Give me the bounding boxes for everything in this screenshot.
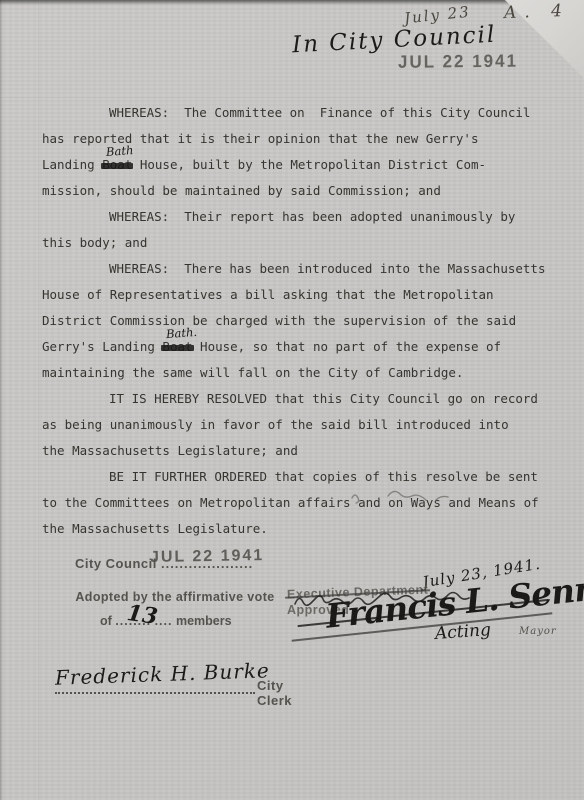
struck-word: BoatBath xyxy=(102,152,132,178)
body-line: WHEREAS: The Committee on Finance of thi… xyxy=(42,100,546,126)
body-text-segment: the Massachusetts Legislature. xyxy=(42,521,268,536)
body-line: mission, should be maintained by said Co… xyxy=(42,178,546,204)
city-council-label: City Council xyxy=(75,556,157,571)
council-date-stamp: JUL 22 1941 xyxy=(150,547,265,567)
vote-count-row: of ........ 13 .... members xyxy=(55,604,295,642)
body-text: WHEREAS: The Committee on Finance of thi… xyxy=(42,100,546,542)
body-text-segment: as being unanimously in favor of the sai… xyxy=(42,417,509,432)
body-text-segment: mission, should be maintained by said Co… xyxy=(42,183,441,198)
body-line: the Massachusetts Legislature; and xyxy=(42,438,546,464)
of-label: of xyxy=(100,614,112,628)
body-line: Landing BoatBath House, built by the Met… xyxy=(42,152,546,178)
body-text-segment: to the Committees on Metropolitan affair… xyxy=(42,495,539,510)
paper-left-edge-shadow xyxy=(0,0,3,800)
body-line: this body; and xyxy=(42,230,546,256)
vote-count-handwritten: 13 xyxy=(125,600,159,630)
body-line: to the Committees on Metropolitan affair… xyxy=(42,490,546,516)
council-stamp-row: City Council .................... JUL 22… xyxy=(55,548,295,582)
body-line: BE IT FURTHER ORDERED that copies of thi… xyxy=(42,464,546,490)
body-text-segment: WHEREAS: The Committee on Finance of thi… xyxy=(109,105,530,120)
pencil-scribble xyxy=(348,486,458,506)
body-line: as being unanimously in favor of the sai… xyxy=(42,412,546,438)
signature-dotted-line xyxy=(55,692,255,694)
body-text-segment: Landing xyxy=(42,157,102,172)
paper-top-edge-shadow xyxy=(0,0,584,5)
body-text-segment: this body; and xyxy=(42,235,147,250)
city-clerk-title: City Clerk xyxy=(257,678,295,708)
city-clerk-signature: Frederick H. Burke xyxy=(55,658,271,689)
scanned-document-page: July 23 A. 4 In City Council JUL 22 1941… xyxy=(0,0,584,800)
body-text-segment: Gerry's Landing xyxy=(42,339,162,354)
body-line: WHEREAS: Their report has been adopted u… xyxy=(42,204,546,230)
adopted-by-vote-label: Adopted by the affirmative vote xyxy=(55,582,295,604)
handwritten-correction: Bath xyxy=(105,137,134,165)
body-text-segment: maintaining the same will fall on the Ci… xyxy=(42,365,463,380)
body-text-segment: the Massachusetts Legislature; and xyxy=(42,443,298,458)
body-text-segment: IT IS HEREBY RESOLVED that this City Cou… xyxy=(109,391,538,406)
executive-approval-block: July 23, 1941. Executive Department Appr… xyxy=(287,566,567,676)
body-text-segment: BE IT FURTHER ORDERED that copies of thi… xyxy=(109,469,538,484)
body-line: House of Representatives a bill asking t… xyxy=(42,282,546,308)
body-line: WHEREAS: There has been introduced into … xyxy=(42,256,546,282)
acting-label-handwritten: Acting xyxy=(434,620,491,644)
mayor-title: Mayor xyxy=(519,626,557,637)
pencil-reference-annotation: A. 4 xyxy=(504,1,571,23)
body-line: District Commission be charged with the … xyxy=(42,308,546,334)
received-date-stamp: JUL 22 1941 xyxy=(398,51,518,73)
handwritten-correction: Bath. xyxy=(166,319,199,347)
body-line: Gerry's Landing BoatBath. House, so that… xyxy=(42,334,546,360)
body-line: maintaining the same will fall on the Ci… xyxy=(42,360,546,386)
body-text-segment: WHEREAS: Their report has been adopted u… xyxy=(109,209,515,224)
body-line: the Massachusetts Legislature. xyxy=(42,516,546,542)
body-text-segment: House, built by the Metropolitan Distric… xyxy=(132,157,486,172)
paper-vertical-crease xyxy=(38,0,40,800)
members-label: members xyxy=(176,614,232,628)
clerk-signature-row: Frederick H. Burke City Clerk xyxy=(55,668,295,700)
body-line: IT IS HEREBY RESOLVED that this City Cou… xyxy=(42,386,546,412)
body-text-segment: District Commission be charged with the … xyxy=(42,313,516,328)
body-text-segment: House of Representatives a bill asking t… xyxy=(42,287,494,302)
paper-horizontal-crease xyxy=(0,96,584,98)
struck-word: BoatBath. xyxy=(162,334,192,360)
body-text-segment: WHEREAS: There has been introduced into … xyxy=(109,261,546,276)
council-adoption-stamp: City Council .................... JUL 22… xyxy=(55,548,295,700)
body-text-segment: House, so that no part of the expense of xyxy=(193,339,502,354)
